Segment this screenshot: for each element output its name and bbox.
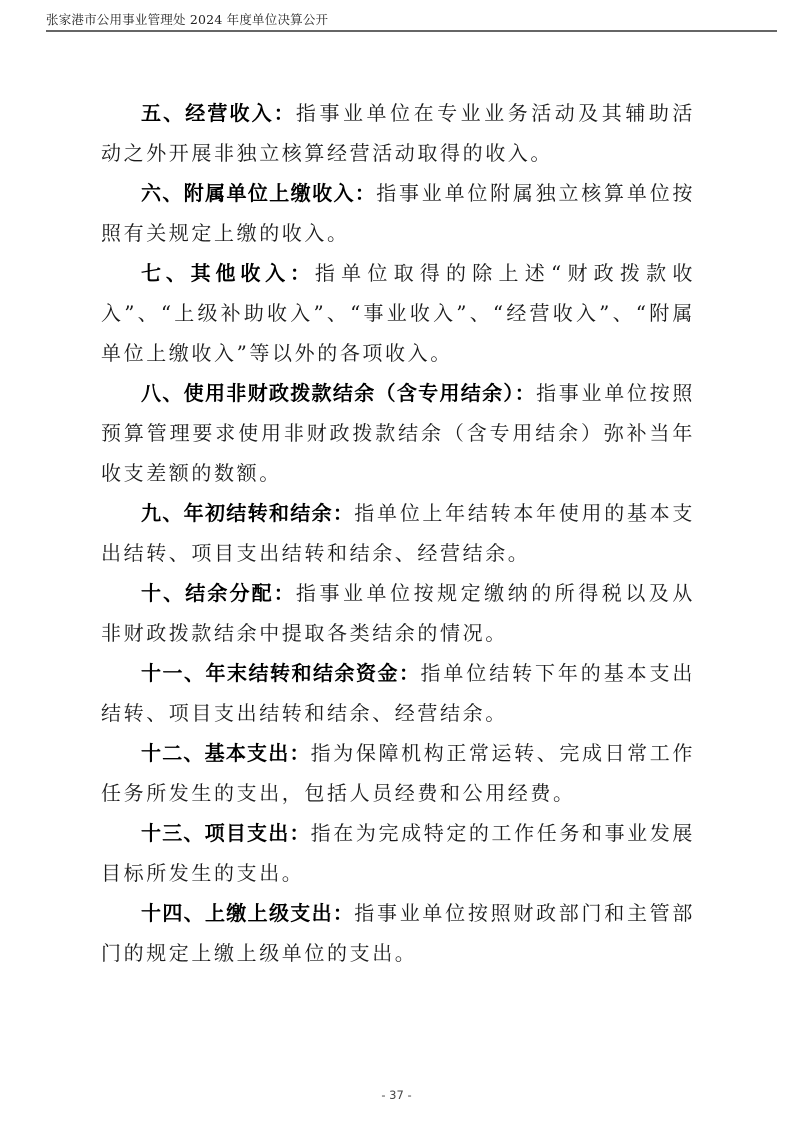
definition-closing-carryover: 十一、年末结转和结余资金：指单位结转下年的基本支出结转、项目支出结转和结余、经营… (101, 653, 695, 733)
document-body: 五、经营收入：指事业单位在专业业务活动及其辅助活动之外开展非独立核算经营活动取得… (101, 93, 695, 973)
definition-operating-income: 五、经营收入：指事业单位在专业业务活动及其辅助活动之外开展非独立核算经营活动取得… (101, 93, 695, 173)
definition-non-fiscal-balance-use: 八、使用非财政拨款结余（含专用结余）：指事业单位按照预算管理要求使用非财政拨款结… (101, 373, 695, 493)
term-label: 七、其他收入： (141, 261, 315, 285)
term-label: 十、结余分配： (141, 581, 296, 605)
term-label: 十四、上缴上级支出： (141, 901, 354, 925)
term-label: 六、附属单位上缴收入： (141, 181, 376, 205)
definition-subsidiary-remittance-income: 六、附属单位上缴收入：指事业单位附属独立核算单位按照有关规定上缴的收入。 (101, 173, 695, 253)
term-label: 五、经营收入： (141, 101, 296, 125)
term-label: 十一、年末结转和结余资金： (141, 661, 421, 685)
definition-project-expenditure: 十三、项目支出：指在为完成特定的工作任务和事业发展目标所发生的支出。 (101, 813, 695, 893)
definition-basic-expenditure: 十二、基本支出：指为保障机构正常运转、完成日常工作任务所发生的支出，包括人员经费… (101, 733, 695, 813)
page-header: 张家港市公用事业管理处 2024 年度单位决算公开 (46, 8, 777, 32)
definition-balance-distribution: 十、结余分配：指事业单位按规定缴纳的所得税以及从非财政拨款结余中提取各类结余的情… (101, 573, 695, 653)
header-title: 张家港市公用事业管理处 2024 年度单位决算公开 (46, 10, 328, 28)
definition-other-income: 七、其他收入：指单位取得的除上述“财政拨款收入”、“上级补助收入”、“事业收入”… (101, 253, 695, 373)
definition-opening-carryover: 九、年初结转和结余：指单位上年结转本年使用的基本支出结转、项目支出结转和结余、经… (101, 493, 695, 573)
term-label: 九、年初结转和结余： (141, 501, 354, 525)
page-number: - 37 - (0, 1088, 793, 1102)
term-label: 十二、基本支出： (141, 741, 311, 765)
term-label: 十三、项目支出： (141, 821, 311, 845)
definition-upper-level-remittance: 十四、上缴上级支出：指事业单位按照财政部门和主管部门的规定上缴上级单位的支出。 (101, 893, 695, 973)
term-label: 八、使用非财政拨款结余（含专用结余）： (141, 381, 536, 405)
